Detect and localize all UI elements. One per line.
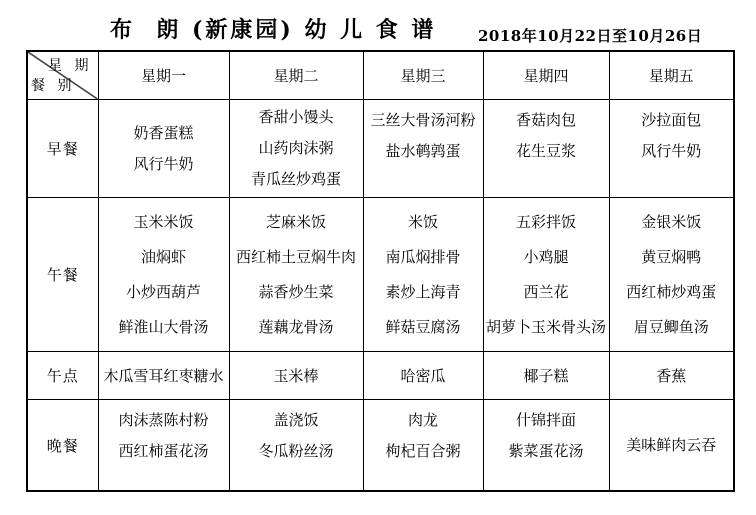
menu-cell: 金银米饭 黄豆焖鸭 西红柿炒鸡蛋 眉豆鲫鱼汤 [609, 198, 734, 352]
menu-item: 米饭 [364, 205, 483, 240]
menu-item: 三丝大骨汤河粉 [364, 105, 483, 136]
menu-item: 沙拉面包 [610, 105, 734, 136]
menu-item: 蒜香炒生菜 [230, 275, 363, 310]
menu-item: 什锦拌面 [484, 405, 609, 436]
menu-cell: 椰子糕 [483, 352, 609, 400]
menu-item: 枸杞百合粥 [364, 436, 483, 467]
menu-item: 小鸡腿 [484, 240, 609, 275]
corner-label-meal: 餐 别 [31, 75, 75, 95]
menu-item: 莲藕龙骨汤 [230, 310, 363, 345]
menu-cell: 玉米米饭 油焖虾 小炒西葫芦 鲜淮山大骨汤 [98, 198, 229, 352]
menu-cell: 哈密瓜 [363, 352, 483, 400]
header-row: 星 期 餐 别 星期一 星期二 星期三 星期四 星期五 [27, 51, 734, 100]
meal-row-dinner: 晚餐 肉沫蒸陈村粉 西红柿蛋花汤 盖浇饭 冬瓜粉丝汤 肉龙 枸杞百合粥 什锦拌面… [27, 400, 734, 492]
menu-item: 风行牛奶 [99, 149, 229, 180]
menu-item: 金银米饭 [610, 205, 734, 240]
menu-item: 鲜菇豆腐汤 [364, 310, 483, 345]
menu-item: 风行牛奶 [610, 136, 734, 167]
menu-item: 奶香蛋糕 [99, 118, 229, 149]
day-header-wednesday: 星期三 [363, 51, 483, 100]
day-header-monday: 星期一 [98, 51, 229, 100]
corner-cell: 星 期 餐 别 [27, 51, 98, 100]
day-header-thursday: 星期四 [483, 51, 609, 100]
menu-cell: 肉龙 枸杞百合粥 [363, 400, 483, 492]
menu-item: 花生豆浆 [484, 136, 609, 167]
page-title: 布 朗 (新康园) 幼 儿 食 谱 [110, 13, 436, 44]
menu-item: 青瓜丝炒鸡蛋 [230, 164, 363, 195]
menu-item: 小炒西葫芦 [99, 275, 229, 310]
meal-row-lunch: 午餐 玉米米饭 油焖虾 小炒西葫芦 鲜淮山大骨汤 芝麻米饭 西红柿土豆焖牛肉 蒜… [27, 198, 734, 352]
day-header-tuesday: 星期二 [229, 51, 363, 100]
date-range: 2018年10月22日至10月26日 [478, 25, 702, 46]
menu-cell: 玉米棒 [229, 352, 363, 400]
menu-item: 西红柿蛋花汤 [99, 436, 229, 467]
meal-row-snack: 午点 木瓜雪耳红枣糖水 玉米棒 哈密瓜 椰子糕 香蕉 [27, 352, 734, 400]
menu-item: 肉龙 [364, 405, 483, 436]
menu-item: 胡萝卜玉米骨头汤 [484, 310, 609, 345]
day-header-friday: 星期五 [609, 51, 734, 100]
meal-label: 午点 [27, 352, 98, 400]
meal-label: 早餐 [27, 100, 98, 198]
menu-item: 盖浇饭 [230, 405, 363, 436]
corner-label-weekday: 星 期 [48, 55, 92, 75]
menu-item: 黄豆焖鸭 [610, 240, 734, 275]
menu-table: 星 期 餐 别 星期一 星期二 星期三 星期四 星期五 早餐 奶香蛋糕 风行牛奶… [26, 50, 735, 492]
menu-item: 紫菜蛋花汤 [484, 436, 609, 467]
menu-cell: 沙拉面包 风行牛奶 [609, 100, 734, 198]
menu-cell: 木瓜雪耳红枣糖水 [98, 352, 229, 400]
menu-item: 油焖虾 [99, 240, 229, 275]
menu-item: 美味鲜肉云吞 [610, 430, 734, 461]
menu-cell: 香甜小馒头 山药肉沫粥 青瓜丝炒鸡蛋 [229, 100, 363, 198]
menu-cell: 三丝大骨汤河粉 盐水鹌鹑蛋 [363, 100, 483, 198]
menu-cell: 肉沫蒸陈村粉 西红柿蛋花汤 [98, 400, 229, 492]
menu-item: 西红柿炒鸡蛋 [610, 275, 734, 310]
menu-cell: 米饭 南瓜焖排骨 素炒上海青 鲜菇豆腐汤 [363, 198, 483, 352]
menu-item: 素炒上海青 [364, 275, 483, 310]
menu-cell: 奶香蛋糕 风行牛奶 [98, 100, 229, 198]
menu-item: 盐水鹌鹑蛋 [364, 136, 483, 167]
menu-cell: 什锦拌面 紫菜蛋花汤 [483, 400, 609, 492]
menu-item: 肉沫蒸陈村粉 [99, 405, 229, 436]
menu-item: 哈密瓜 [364, 366, 483, 386]
menu-cell: 香蕉 [609, 352, 734, 400]
menu-item: 南瓜焖排骨 [364, 240, 483, 275]
menu-cell: 香菇肉包 花生豆浆 [483, 100, 609, 198]
menu-cell: 美味鲜肉云吞 [609, 400, 734, 492]
menu-item: 椰子糕 [484, 366, 609, 386]
menu-item: 眉豆鲫鱼汤 [610, 310, 734, 345]
meal-label: 晚餐 [27, 400, 98, 492]
meal-row-breakfast: 早餐 奶香蛋糕 风行牛奶 香甜小馒头 山药肉沫粥 青瓜丝炒鸡蛋 三丝大骨汤河粉 … [27, 100, 734, 198]
menu-item: 冬瓜粉丝汤 [230, 436, 363, 467]
menu-item: 西红柿土豆焖牛肉 [230, 240, 363, 275]
menu-item: 五彩拌饭 [484, 205, 609, 240]
menu-item: 香蕉 [610, 366, 734, 386]
menu-item: 香菇肉包 [484, 105, 609, 136]
menu-item: 玉米米饭 [99, 205, 229, 240]
menu-item: 西兰花 [484, 275, 609, 310]
menu-item: 芝麻米饭 [230, 205, 363, 240]
menu-cell: 五彩拌饭 小鸡腿 西兰花 胡萝卜玉米骨头汤 [483, 198, 609, 352]
menu-cell: 芝麻米饭 西红柿土豆焖牛肉 蒜香炒生菜 莲藕龙骨汤 [229, 198, 363, 352]
menu-item: 香甜小馒头 [230, 102, 363, 133]
meal-label: 午餐 [27, 198, 98, 352]
menu-item: 玉米棒 [230, 366, 363, 386]
menu-item: 木瓜雪耳红枣糖水 [99, 366, 229, 386]
menu-item: 鲜淮山大骨汤 [99, 310, 229, 345]
menu-item: 山药肉沫粥 [230, 133, 363, 164]
menu-cell: 盖浇饭 冬瓜粉丝汤 [229, 400, 363, 492]
